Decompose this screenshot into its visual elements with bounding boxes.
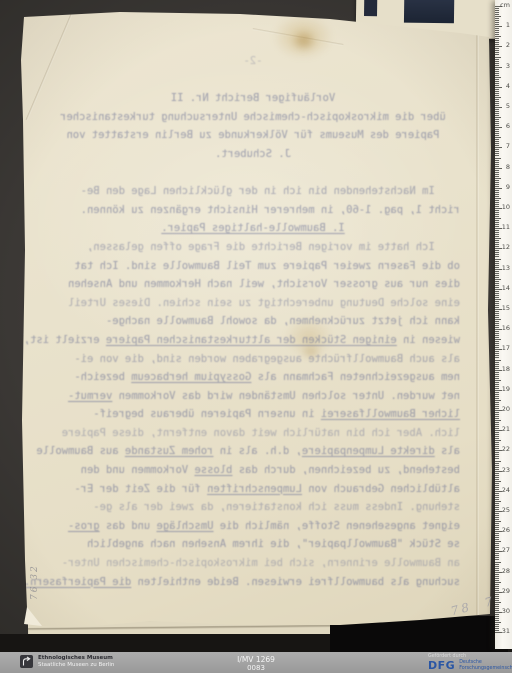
ruler-tick [495, 121, 499, 122]
ruler-tick [495, 394, 499, 395]
document-page: -2-Vorläufiger Bericht Nr. IIüber die mi… [0, 0, 512, 645]
ruler-tick [495, 388, 499, 389]
ruler-tick [495, 54, 499, 55]
ruler-tick [495, 295, 499, 296]
ruler-tick [495, 372, 499, 373]
ruler-tick [495, 440, 501, 441]
ruler-tick [495, 261, 499, 262]
ruler-tick [495, 279, 501, 280]
ruler-tick [495, 34, 499, 35]
ruler-tick [495, 503, 499, 504]
ruler-tick [495, 414, 499, 415]
ruler-tick [495, 236, 499, 237]
ruler-tick [495, 343, 499, 344]
ruler-tick [495, 614, 499, 615]
ruler-tick [495, 545, 499, 546]
ruler-tick [495, 28, 499, 29]
ruler-tick [495, 105, 499, 106]
ruler-tick [495, 442, 499, 443]
ruler-tick [495, 360, 501, 361]
ruler-tick [495, 24, 499, 25]
ruler-tick [495, 624, 499, 625]
ruler-number: 2 [506, 42, 510, 49]
ruler-tick [495, 119, 499, 120]
ruler-number: cm [500, 2, 510, 9]
ruler-tick [495, 52, 499, 53]
ruler-tick [495, 214, 499, 215]
ruler-tick [495, 40, 499, 41]
ruler-tick [495, 454, 499, 455]
ruler-tick [495, 428, 499, 429]
ruler-tick [495, 539, 499, 540]
ruler-tick [495, 202, 499, 203]
ruler-tick [495, 182, 499, 183]
ruler-tick [495, 143, 499, 144]
ruler-tick [495, 109, 499, 110]
ruler-tick [495, 353, 499, 354]
typed-line: eignet angesehenen Stoffe, nämlich die U… [46, 517, 460, 536]
ruler-tick [495, 374, 499, 375]
ruler-tick [495, 313, 499, 314]
ruler-tick [495, 85, 499, 86]
ruler-tick [495, 141, 499, 142]
ruler-tick [495, 244, 499, 245]
ruler-tick [495, 452, 499, 453]
ruler-tick [495, 194, 499, 195]
ruler-tick [495, 576, 499, 577]
ruler-tick [495, 507, 499, 508]
ruler-number: 11 [502, 224, 510, 231]
ruler-tick [495, 127, 502, 128]
ruler-tick [495, 226, 499, 227]
ruler-number: 17 [502, 345, 510, 352]
ruler-tick [495, 434, 499, 435]
ruler-tick [495, 234, 499, 235]
ruler-tick [495, 473, 499, 474]
ruler-number: 6 [506, 123, 510, 130]
ruler-tick [495, 103, 499, 104]
ruler-number: 27 [502, 547, 510, 554]
ruler-tick [495, 204, 499, 205]
ruler-number: 5 [506, 103, 510, 110]
ruler-tick [495, 293, 499, 294]
ruler-tick [495, 412, 499, 413]
ruler-tick [495, 505, 499, 506]
typed-line: lich. Aber ich bin natürlich weit davon … [46, 424, 460, 443]
ruler-tick [495, 602, 501, 603]
ruler-tick [495, 578, 499, 579]
ruler-tick [495, 151, 499, 152]
ruler-tick [495, 337, 499, 338]
ruler-number: 1 [506, 22, 510, 29]
ruler-tick [495, 79, 499, 80]
ruler-tick [495, 398, 499, 399]
ruler-tick [495, 263, 499, 264]
ruler-tick [495, 541, 501, 542]
ruler-tick [495, 485, 499, 486]
ruler-number: 23 [502, 467, 510, 474]
ruler-tick [495, 101, 499, 102]
ruler-tick [495, 307, 499, 308]
ruler-tick [495, 26, 502, 27]
ruler-tick [495, 366, 499, 367]
ruler-tick [495, 155, 499, 156]
typed-line: suchung als baumwollfrei erwiesen. Beide… [46, 573, 460, 592]
ruler-tick [495, 200, 499, 201]
ruler-tick [495, 32, 499, 33]
ruler-tick [495, 620, 499, 621]
ruler-tick [495, 36, 501, 37]
ruler-tick [495, 192, 499, 193]
ruler-tick [495, 600, 499, 601]
ruler-tick [495, 495, 499, 496]
ruler-tick [495, 8, 499, 9]
ruler-tick [495, 475, 499, 476]
ruler-tick [495, 212, 499, 213]
ruler-tick [495, 172, 499, 173]
ruler-tick [495, 333, 499, 334]
ruler-tick [495, 93, 499, 94]
typed-line: wiesen in einigen Stücken der altturkest… [46, 331, 460, 350]
ruler-tick [495, 107, 502, 108]
ruler-number: 31 [502, 628, 510, 635]
ruler-tick [495, 149, 499, 150]
ruler-number: 8 [506, 164, 510, 171]
ruler-tick [495, 535, 499, 536]
ruler-tick [495, 291, 499, 292]
ruler-tick [495, 384, 499, 385]
ruler-tick [495, 456, 499, 457]
ruler-tick [495, 362, 499, 363]
ruler-tick [495, 222, 499, 223]
ruler-tick [495, 73, 499, 74]
ruler-tick [495, 305, 499, 306]
ruler-tick [495, 131, 499, 132]
ruler-tick [495, 335, 499, 336]
ruler: cm12345678910111213141516171819202122232… [495, 0, 512, 649]
ruler-tick [495, 465, 499, 466]
ruler-tick [495, 238, 501, 239]
ruler-tick [495, 355, 499, 356]
ruler-number: 28 [502, 568, 510, 575]
typed-line: dies nur aus grosser Vorsicht, weil nach… [46, 275, 460, 294]
ruler-tick [495, 232, 499, 233]
ruler-tick [495, 559, 499, 560]
ruler-tick [495, 515, 499, 516]
ruler-number: 16 [502, 325, 510, 332]
ruler-tick [495, 283, 499, 284]
ruler-tick [495, 608, 499, 609]
ruler-tick [495, 210, 499, 211]
ruler-tick [495, 139, 499, 140]
ruler-tick [495, 525, 499, 526]
ruler-tick [495, 521, 501, 522]
ruler-tick [495, 158, 501, 159]
ruler-tick [495, 323, 499, 324]
ruler-tick [495, 216, 499, 217]
typed-line: I. Baumwolle-haltiges Papier. [46, 219, 460, 238]
ruler-tick [495, 303, 499, 304]
ruler-tick [495, 351, 499, 352]
ruler-tick [495, 586, 499, 587]
ruler-tick [495, 420, 501, 421]
ruler-tick [495, 487, 499, 488]
ruler-tick [495, 246, 499, 247]
ruler-tick [495, 259, 501, 260]
ruler-tick [495, 99, 499, 100]
ruler-tick [495, 61, 499, 62]
ruler-tick [495, 301, 499, 302]
ruler-tick [495, 184, 499, 185]
typed-line: als direkte Lumpenpapiere, d.h. als in r… [46, 442, 460, 461]
ruler-tick [495, 220, 499, 221]
ruler-tick [495, 147, 502, 148]
ruler-tick [495, 382, 499, 383]
ruler-tick [495, 517, 499, 518]
ruler-tick [495, 331, 499, 332]
ruler-tick [495, 196, 499, 197]
ruler-tick [495, 555, 499, 556]
ruler-tick [495, 57, 501, 58]
ruler-tick [495, 285, 499, 286]
ruler-tick [495, 46, 502, 47]
ruler-tick [495, 513, 499, 514]
ruler-tick [495, 378, 499, 379]
ruler-tick [495, 10, 499, 11]
ruler-number: 30 [502, 608, 510, 615]
ruler-number: 4 [506, 83, 510, 90]
ruler-tick [495, 564, 499, 565]
ruler-tick [495, 481, 501, 482]
ruler-tick [495, 426, 499, 427]
ruler-tick [495, 616, 499, 617]
ruler-tick [495, 287, 499, 288]
ruler-tick [495, 18, 499, 19]
ruler-number: 9 [506, 184, 510, 191]
ruler-tick [495, 240, 499, 241]
typed-line: eine solche Deutung unberechtigt zu sein… [46, 294, 460, 313]
ruler-tick [495, 547, 499, 548]
ruler-tick [495, 590, 499, 591]
ruler-tick [495, 448, 499, 449]
ruler-tick [495, 499, 499, 500]
ruler-tick [495, 265, 499, 266]
ruler-tick [495, 67, 502, 68]
ruler-number: 3 [506, 63, 510, 70]
pencil-numbers-bottom-left: 76 32 [30, 564, 40, 600]
ruler-tick [495, 198, 501, 199]
ruler-tick [495, 438, 499, 439]
typed-text: -2-Vorläufiger Bericht Nr. IIüber die mi… [46, 52, 460, 591]
ruler-tick [495, 339, 501, 340]
ruler-tick [495, 588, 499, 589]
ruler-tick [495, 12, 499, 13]
ruler-number: 25 [502, 507, 510, 514]
ruler-number: 26 [502, 527, 510, 534]
ruler-tick [495, 392, 499, 393]
ruler-tick [495, 347, 499, 348]
ruler-tick [495, 137, 501, 138]
ruler-tick [495, 71, 499, 72]
typed-line: ob die Fasern zweier Papiere zum Teil Ba… [46, 257, 460, 276]
ruler-tick [495, 267, 499, 268]
typed-line: über die mikroskopisch-chemische Untersu… [46, 108, 460, 127]
ruler-tick [495, 273, 499, 274]
ruler-tick [495, 319, 501, 320]
photo-fragment [364, 0, 377, 16]
ruler-tick [495, 463, 499, 464]
typed-line: stehung. Indess muss ich konstatieren, d… [46, 498, 460, 517]
funding-block: Gefördert durch DFG Deutsche Forschungsg… [428, 654, 512, 671]
ruler-tick [495, 164, 499, 165]
typed-line [46, 71, 460, 90]
ruler-tick [495, 277, 499, 278]
ruler-tick [495, 95, 499, 96]
ruler-tick [495, 483, 499, 484]
ruler-tick [495, 436, 499, 437]
ruler-tick [495, 325, 499, 326]
ruler-tick [495, 537, 499, 538]
ruler-tick [495, 30, 499, 31]
ruler-tick [495, 568, 499, 569]
ruler-number: 15 [502, 305, 510, 312]
ruler-tick [495, 135, 499, 136]
ruler-tick [495, 574, 499, 575]
ruler-number: 13 [502, 265, 510, 272]
typed-line: altüblichen Gebrauch von Lumpenschriften… [46, 480, 460, 499]
typed-line: J. Schubert. [46, 145, 460, 164]
ruler-tick [495, 606, 499, 607]
ruler-tick [495, 117, 501, 118]
ruler-number: 24 [502, 487, 510, 494]
ruler-tick [495, 317, 499, 318]
ruler-tick [495, 129, 499, 130]
ruler-tick [495, 170, 499, 171]
ruler-tick [495, 364, 499, 365]
ruler-tick [495, 527, 499, 528]
ruler-tick [495, 190, 499, 191]
ruler-tick [495, 65, 499, 66]
typed-line: kann ich jetzt zurücknehmen, da sowohl B… [46, 312, 460, 331]
ruler-tick [495, 570, 499, 571]
ruler-tick [495, 604, 499, 605]
typed-line: richt 1, pag. 1-60, in mehrerer Hinsicht… [46, 201, 460, 220]
ruler-tick [495, 75, 499, 76]
ruler-tick [495, 523, 499, 524]
ruler-tick [495, 408, 499, 409]
scan-viewport: -2-Vorläufiger Bericht Nr. IIüber die mi… [0, 0, 512, 673]
ruler-tick [495, 497, 499, 498]
ruler-tick [495, 16, 501, 17]
ruler-tick [495, 145, 499, 146]
ruler-tick [495, 174, 499, 175]
dfg-name-line2: Forschungsgemeinschaft [459, 666, 512, 672]
ruler-tick [495, 97, 501, 98]
ruler-tick [495, 162, 499, 163]
ruler-tick [495, 254, 499, 255]
typed-line: Papiere des Museums für Völkerkunde zu B… [46, 126, 460, 145]
typed-line: licher Baumwollfaserei in unsern Papiere… [46, 405, 460, 424]
typed-line: net wurden. Unter solchen Umständen wird… [46, 387, 460, 406]
ruler-tick [495, 115, 499, 116]
ruler-tick [495, 386, 499, 387]
ruler-tick [495, 281, 499, 282]
ruler-tick [495, 113, 499, 114]
stain [291, 30, 317, 52]
ruler-tick [495, 582, 501, 583]
ruler-tick [495, 402, 499, 403]
ruler-number: 19 [502, 386, 510, 393]
ruler-tick [495, 160, 499, 161]
ruler-tick [495, 477, 499, 478]
ruler-number: 20 [502, 406, 510, 413]
ruler-tick [495, 275, 499, 276]
typed-line: bestehend, zu bezeichnen, durch das blos… [46, 461, 460, 480]
ruler-tick [495, 469, 499, 470]
ruler-tick [495, 224, 499, 225]
ruler-tick [495, 345, 499, 346]
ruler-tick [495, 376, 499, 377]
ruler-number: 7 [506, 143, 510, 150]
ruler-tick [495, 418, 499, 419]
ruler-tick [495, 557, 499, 558]
ruler-tick [495, 180, 499, 181]
ruler-tick [495, 168, 502, 169]
ruler-tick [495, 315, 499, 316]
ruler-tick [495, 230, 499, 231]
ruler-tick [495, 125, 499, 126]
typed-line: als auch Baumwollfrüchte ausgegraben wor… [46, 350, 460, 369]
ruler-tick [495, 83, 499, 84]
ruler-tick [495, 444, 499, 445]
typed-line: an Baumwolle erinnern, sich bei mikrosko… [46, 554, 460, 573]
ruler-tick [495, 218, 501, 219]
ruler-tick [495, 584, 499, 585]
ruler-tick [495, 111, 499, 112]
ruler-tick [495, 493, 499, 494]
ruler-tick [495, 432, 499, 433]
ruler-tick [495, 186, 499, 187]
ruler-tick [495, 252, 499, 253]
ruler-tick [495, 89, 499, 90]
ruler-tick [495, 566, 499, 567]
vertical-crease [476, 32, 479, 616]
ruler-tick [495, 416, 499, 417]
ruler-tick [495, 549, 499, 550]
ruler-tick [495, 91, 499, 92]
ruler-tick [495, 250, 499, 251]
ruler-tick [495, 297, 499, 298]
ruler-number: 14 [502, 285, 510, 292]
ruler-tick [495, 519, 499, 520]
ruler-tick [495, 618, 499, 619]
ruler-tick [495, 20, 499, 21]
ruler-tick [495, 48, 499, 49]
ruler-tick [495, 400, 501, 401]
ruler-tick [495, 596, 499, 597]
ruler-number: 10 [502, 204, 510, 211]
ruler-tick [495, 446, 499, 447]
ruler-tick [495, 81, 499, 82]
typed-line: Im Nachstehenden bin ich in der glücklic… [46, 182, 460, 201]
ruler-tick [495, 406, 499, 407]
ruler-tick [495, 311, 499, 312]
ruler-tick [495, 396, 499, 397]
ruler-tick [495, 206, 499, 207]
ruler-tick [495, 42, 499, 43]
ruler-tick [495, 628, 499, 629]
ruler-tick [495, 533, 499, 534]
